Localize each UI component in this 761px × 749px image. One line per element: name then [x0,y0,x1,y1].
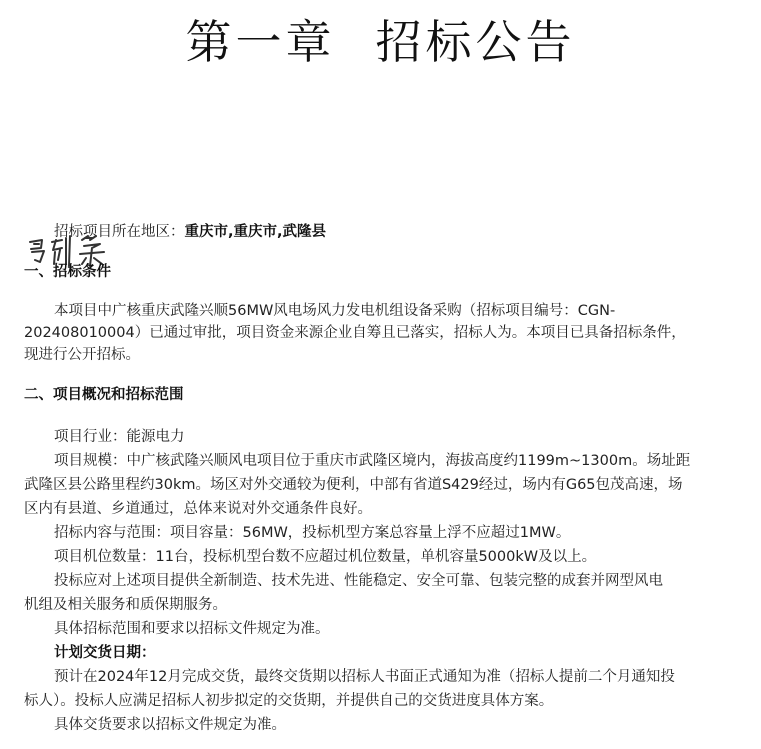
paragraph-line: 202408010004）已通过审批，项目资金来源企业自筹且已落实，招标人为。本… [24,322,744,344]
section-heading-overview: 二、项目概况和招标范围 [24,384,744,406]
paragraph-line: 区内有县道、乡道通过，总体来说对外交通条件良好。 [24,498,744,520]
paragraph-line: 预计在2024年12月完成交货，最终交货期以招标人书面正式通知为准（招标人提前二… [54,666,761,688]
project-industry: 项目行业：能源电力 [54,426,761,448]
region-value: 重庆市,重庆市,武隆县 [185,224,327,240]
paragraph-line: 机组及相关服务和质保期服务。 [24,594,744,616]
chapter-title: 第一章招标公告 [0,6,761,72]
delivery-note: 具体交货要求以招标文件规定为准。 [54,714,761,736]
project-region: 招标项目所在地区：重庆市,重庆市,武隆县 [54,221,761,243]
section-heading-conditions: 一、招标条件 [24,261,744,283]
paragraph-line: 本项目中广核重庆武隆兴顺56MW风电场风力发电机组设备采购（招标项目编号：CGN… [54,300,761,322]
paragraph-line: 标人）。投标人应满足招标人初步拟定的交货期，并提供自己的交货进度具体方案。 [24,690,744,712]
delivery-heading: 计划交货日期： [54,642,761,664]
turbine-positions: 项目机位数量：11台，投标机型台数不应超过机位数量，单机容量5000kW及以上。 [54,546,761,568]
paragraph-line: 投标应对上述项目提供全新制造、技术先进、性能稳定、安全可靠、包装完整的成套并网型… [54,570,761,592]
scope-note: 具体招标范围和要求以招标文件规定为准。 [54,618,761,640]
paragraph-line: 武隆区县公路里程约30km。场区对外交通较为便利，中部有省道S429经过，场内有… [24,474,744,496]
paragraph-line: 现进行公开招标。 [24,344,744,366]
paragraph-line: 项目规模：中广核武隆兴顺风电项目位于重庆市武隆区境内，海拔高度约1199m~13… [54,450,761,472]
bid-scope: 招标内容与范围：项目容量：56MW，投标机型方案总容量上浮不应超过1MW。 [54,522,761,544]
chapter-name: 招标公告 [376,15,576,69]
chapter-number: 第一章 [186,15,336,69]
